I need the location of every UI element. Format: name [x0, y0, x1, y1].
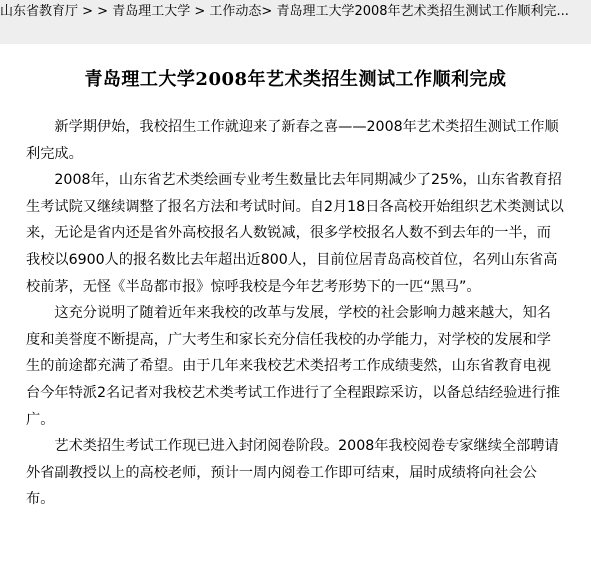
- breadcrumb-separator: > >: [78, 4, 112, 19]
- breadcrumb-link-work-news[interactable]: 工作动态: [209, 4, 261, 19]
- breadcrumb-link-qut[interactable]: 青岛理工大学: [112, 4, 190, 19]
- article-paragraph: 新学期伊始，我校招生工作就迎来了新春之喜——2008年艺术类招生测试工作顺利完成…: [26, 114, 565, 167]
- article-paragraph: 这充分说明了随着近年来我校的改革与发展，学校的社会影响力越来越大，知名度和美誉度…: [26, 300, 565, 433]
- article-title: 青岛理工大学2008年艺术类招生测试工作顺利完成: [0, 66, 591, 94]
- breadcrumb-current: 青岛理工大学2008年艺术类招生测试工作顺利完...: [276, 4, 568, 19]
- breadcrumb-separator: >: [190, 4, 209, 19]
- breadcrumb-link-shandong-education[interactable]: 山东省教育厅: [0, 4, 78, 19]
- article-paragraph: 艺术类招生考试工作现已进入封闭阅卷阶段。2008年我校阅卷专家继续全部聘请外省副…: [26, 433, 565, 513]
- article-body: 新学期伊始，我校招生工作就迎来了新春之喜——2008年艺术类招生测试工作顺利完成…: [0, 114, 591, 513]
- article-paragraph: 2008年，山东省艺术类绘画专业考生数量比去年同期减少了25%，山东省教育招生考…: [26, 167, 565, 300]
- breadcrumb: 山东省教育厅 > > 青岛理工大学 > 工作动态> 青岛理工大学2008年艺术类…: [0, 0, 591, 44]
- breadcrumb-separator: >: [261, 4, 276, 19]
